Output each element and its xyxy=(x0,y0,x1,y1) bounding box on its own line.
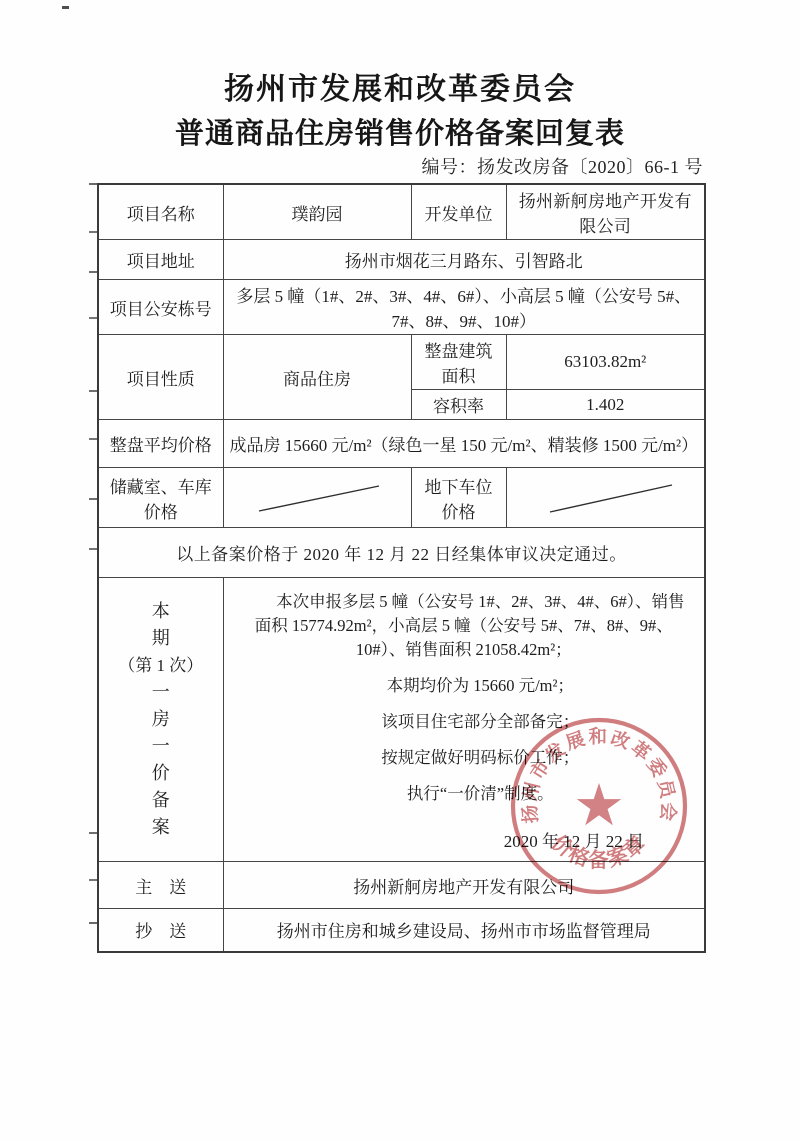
underground-parking-price-label: 地下车位价格 xyxy=(411,468,506,528)
row-address: 项目地址 扬州市烟花三月路东、引智路北 xyxy=(98,240,705,280)
property-type-value: 商品住房 xyxy=(223,335,411,420)
filing-label-char: 案 xyxy=(99,814,223,841)
filing-label-char: 一 xyxy=(99,733,223,760)
filing-label-char: 本 xyxy=(99,598,223,625)
average-price-label: 整盘平均价格 xyxy=(98,420,223,468)
filing-table-wrap: 项目名称 璞韵园 开发单位 扬州新舸房地产开发有限公司 项目地址 扬州市烟花三月… xyxy=(97,183,706,953)
empty-slash-icon xyxy=(237,477,397,519)
row-current-filing: 本 期 （第 1 次） 一 房 一 价 备 案 本次申报多层 5 幢（公安号 1… xyxy=(98,578,705,862)
document-number: 编号：扬发改房备〔2020〕66-1 号 xyxy=(422,153,704,179)
underground-parking-price-value xyxy=(506,468,705,528)
filing-label-char: 备 xyxy=(99,787,223,814)
plot-ratio-label: 容积率 xyxy=(411,390,506,420)
total-area-value: 63103.82m² xyxy=(506,335,705,390)
scan-artifacts xyxy=(89,183,97,185)
cc-recipient-label: 抄 送 xyxy=(98,909,223,952)
row-approval-note: 以上备案价格于 2020 年 12 月 22 日经集体审议决定通过。 xyxy=(98,528,705,578)
storage-garage-price-value xyxy=(223,468,411,528)
row-property-type-1: 项目性质 商品住房 整盘建筑面积 63103.82m² xyxy=(98,335,705,390)
filing-date: 2020 年 12 月 22 日 xyxy=(238,827,691,852)
document-page: 扬州市发展和改革委员会 普通商品住房销售价格备案回复表 编号：扬发改房备〔202… xyxy=(0,0,800,1141)
row-average-price: 整盘平均价格 成品房 15660 元/m²（绿色一星 150 元/m²、精装修 … xyxy=(98,420,705,468)
total-area-label: 整盘建筑面积 xyxy=(411,335,506,390)
property-type-label: 项目性质 xyxy=(98,335,223,420)
plot-ratio-value: 1.402 xyxy=(506,390,705,420)
filing-label-char: 期 xyxy=(99,625,223,652)
document-title-line2: 普通商品住房销售价格备案回复表 xyxy=(0,111,800,152)
row-main-recipient: 主 送 扬州新舸房地产开发有限公司 xyxy=(98,862,705,909)
filing-paragraph: 按规定做好明码标价工作； xyxy=(238,746,691,770)
scan-speck xyxy=(62,6,69,9)
building-numbers-label: 项目公安栋号 xyxy=(98,280,223,335)
address-label: 项目地址 xyxy=(98,240,223,280)
filing-paragraph: 本期均价为 15660 元/m²； xyxy=(238,674,691,698)
developer-label: 开发单位 xyxy=(411,184,506,240)
current-filing-content: 本次申报多层 5 幢（公安号 1#、2#、3#、4#、6#）、销售面积 1577… xyxy=(223,578,705,862)
filing-paragraph: 该项目住宅部分全部备完； xyxy=(238,710,691,734)
filing-table: 项目名称 璞韵园 开发单位 扬州新舸房地产开发有限公司 项目地址 扬州市烟花三月… xyxy=(97,183,706,953)
filing-paragraph: 本次申报多层 5 幢（公安号 1#、2#、3#、4#、6#）、销售面积 1577… xyxy=(238,590,691,662)
filing-paragraph: 执行“一价清”制度。 xyxy=(238,782,691,806)
developer-value: 扬州新舸房地产开发有限公司 xyxy=(506,184,705,240)
current-filing-label: 本 期 （第 1 次） 一 房 一 价 备 案 xyxy=(98,578,223,862)
project-name-label: 项目名称 xyxy=(98,184,223,240)
approval-note: 以上备案价格于 2020 年 12 月 22 日经集体审议决定通过。 xyxy=(98,528,705,578)
cc-recipient-value: 扬州市住房和城乡建设局、扬州市市场监督管理局 xyxy=(223,909,705,952)
main-recipient-label: 主 送 xyxy=(98,862,223,909)
filing-label-char: （第 1 次） xyxy=(99,652,223,679)
storage-garage-price-label: 储藏室、车库价格 xyxy=(98,468,223,528)
row-cc-recipient: 抄 送 扬州市住房和城乡建设局、扬州市市场监督管理局 xyxy=(98,909,705,952)
document-title-line1: 扬州市发展和改革委员会 xyxy=(0,64,800,108)
row-parking-prices: 储藏室、车库价格 地下车位价格 xyxy=(98,468,705,528)
filing-label-char: 房 xyxy=(99,706,223,733)
empty-slash-icon xyxy=(520,477,690,519)
address-value: 扬州市烟花三月路东、引智路北 xyxy=(223,240,705,280)
project-name-value: 璞韵园 xyxy=(223,184,411,240)
row-building-numbers: 项目公安栋号 多层 5 幢（1#、2#、3#、4#、6#）、小高层 5 幢（公安… xyxy=(98,280,705,335)
building-numbers-value: 多层 5 幢（1#、2#、3#、4#、6#）、小高层 5 幢（公安号 5#、7#… xyxy=(223,280,705,335)
main-recipient-value: 扬州新舸房地产开发有限公司 xyxy=(223,862,705,909)
filing-label-char: 一 xyxy=(99,679,223,706)
row-project-name: 项目名称 璞韵园 开发单位 扬州新舸房地产开发有限公司 xyxy=(98,184,705,240)
average-price-value: 成品房 15660 元/m²（绿色一星 150 元/m²、精装修 1500 元/… xyxy=(223,420,705,468)
filing-label-char: 价 xyxy=(99,760,223,787)
